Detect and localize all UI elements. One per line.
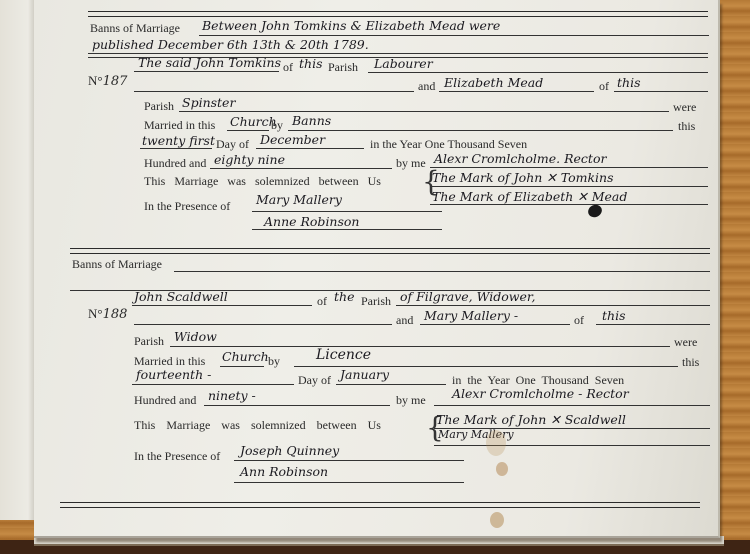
married-in-label: Married in this [134, 354, 205, 368]
groom-parish-label: Parish [361, 294, 391, 308]
year-words: ninety - [208, 389, 256, 403]
year-label: in the Year One Thousand Seven [452, 373, 624, 387]
and-label: and [418, 79, 435, 93]
year-rule [210, 168, 392, 169]
bride-parish-label: Parish [134, 334, 164, 348]
month-rule [336, 384, 446, 385]
witness-2: Anne Robinson [264, 215, 359, 229]
bride-mark-signature: The Mark of Elizabeth ✕ Mead [432, 190, 627, 204]
marriage-month: January [340, 368, 389, 382]
hundred-label: Hundred and [134, 393, 196, 407]
marriage-method: Banns [292, 114, 331, 128]
marriage-day: fourteenth - [136, 368, 211, 382]
entry-number-value: 188 [103, 307, 128, 322]
by-label: by [268, 354, 280, 368]
banns-line2-rule [88, 53, 708, 54]
bride-status-rule [170, 346, 670, 347]
method-rule [288, 130, 673, 131]
day-rule [132, 384, 294, 385]
bride-name-rule [420, 324, 570, 325]
bride-of-label: of [599, 79, 609, 93]
bride-parish-word: this [617, 76, 641, 90]
banns-label: Banns of Marriage [72, 257, 162, 271]
groom-signature-rule [430, 186, 708, 187]
bride-status: Spinster [182, 96, 235, 110]
groom-name: The said John Tomkins [138, 56, 281, 70]
solemnized-label: This Marriage was solemnized between Us [134, 418, 381, 432]
water-stain [496, 462, 508, 476]
bride-signature-rule [434, 445, 710, 446]
water-stain [486, 430, 506, 456]
groom-name-rule [132, 305, 312, 306]
witness-1-rule [252, 211, 442, 212]
witness-1: Joseph Quinney [240, 444, 339, 458]
groom-name: John Scaldwell [134, 290, 228, 304]
by-label: by [271, 118, 283, 132]
ink-blot [586, 203, 604, 220]
register-page: Banns of Marriage Between John Tomkins &… [34, 0, 720, 538]
hundred-label: Hundred and [144, 156, 206, 170]
day-rule [140, 148, 212, 149]
married-in-label: Married in this [144, 118, 215, 132]
banns-line1-rule [174, 271, 710, 272]
witness-2-rule [234, 482, 464, 483]
groom-parish-word: the [334, 290, 354, 304]
and-label: and [396, 313, 413, 327]
bride-signature-rule [430, 204, 708, 205]
year-rule [204, 405, 390, 406]
bride-name: Elizabeth Mead [444, 76, 543, 90]
groom-parish-word: this [299, 57, 323, 71]
groom-status: Labourer [374, 57, 433, 71]
banns-text-line1: Between John Tomkins & Elizabeth Mead we… [202, 19, 500, 33]
entry-number-value: 187 [103, 74, 128, 89]
groom-extra-rule [134, 324, 392, 325]
officiant-signature: Alexr Cromlcholme. Rector [434, 152, 606, 166]
bride-status-rule [179, 111, 669, 112]
bride-of-rule [596, 324, 710, 325]
bride-status: Widow [174, 330, 217, 344]
witness-2-rule [252, 229, 442, 230]
groom-status: of Filgrave, Widower, [400, 290, 535, 304]
groom-of-label: of [317, 294, 327, 308]
marriage-place: Church [222, 350, 269, 364]
witness-1-rule [234, 460, 464, 461]
officiant-signature: Alexr Cromlcholme - Rector [452, 387, 629, 401]
were-label: were [673, 100, 696, 114]
groom-parish-label: Parish [328, 60, 358, 74]
groom-of-label: of [283, 60, 293, 74]
entry-top-rule [70, 248, 710, 254]
solemnized-label: This Marriage was solemnized between Us [144, 174, 381, 188]
entry-top-rule [88, 11, 708, 17]
water-stain [490, 512, 504, 528]
witness-2: Ann Robinson [240, 465, 328, 479]
officiant-rule [434, 405, 710, 406]
entry-bottom-rule [60, 502, 700, 508]
witness-1: Mary Mallery [256, 193, 342, 207]
banns-text-line2: published December 6th 13th & 20th 1789. [92, 38, 369, 52]
day-of-label: Day of [298, 373, 331, 387]
were-label: were [674, 335, 697, 349]
groom-name-rule [134, 71, 279, 72]
banns-label: Banns of Marriage [90, 21, 180, 35]
groom-status-rule [396, 305, 710, 306]
bride-parish-word: this [602, 309, 626, 323]
marriage-place: Church [230, 115, 277, 129]
bride-parish-label: Parish [144, 99, 174, 113]
this-label: this [678, 119, 695, 133]
marriage-month: December [260, 133, 325, 147]
by-me-label: by me [396, 393, 426, 407]
this-label: this [682, 355, 699, 369]
presence-label: In the Presence of [134, 449, 220, 463]
officiant-rule [430, 167, 708, 168]
banns-line1-rule [199, 35, 709, 36]
entry-number: N°188 [88, 306, 127, 322]
year-words: eighty nine [214, 153, 285, 167]
entry-number-prefix: N° [88, 73, 103, 88]
bride-name: Mary Mallery - [424, 309, 518, 323]
place-rule [227, 130, 269, 131]
groom-mark-signature: The Mark of John ✕ Tomkins [432, 171, 614, 185]
bride-name-rule [439, 91, 594, 92]
groom-status-rule [368, 72, 708, 73]
entry-number: N°187 [88, 73, 127, 89]
place-rule [220, 366, 264, 367]
groom-extra-rule [134, 91, 414, 92]
marriage-day: twenty first [142, 134, 215, 148]
bride-of-rule [614, 91, 708, 92]
bride-of-label: of [574, 313, 584, 327]
year-label: in the Year One Thousand Seven [370, 137, 527, 151]
groom-mark-signature: The Mark of John ✕ Scaldwell [436, 413, 626, 427]
marriage-method: Licence [316, 348, 371, 362]
month-rule [256, 148, 364, 149]
day-of-label: Day of [216, 137, 249, 151]
presence-label: In the Presence of [144, 199, 230, 213]
entry-number-prefix: N° [88, 306, 103, 321]
